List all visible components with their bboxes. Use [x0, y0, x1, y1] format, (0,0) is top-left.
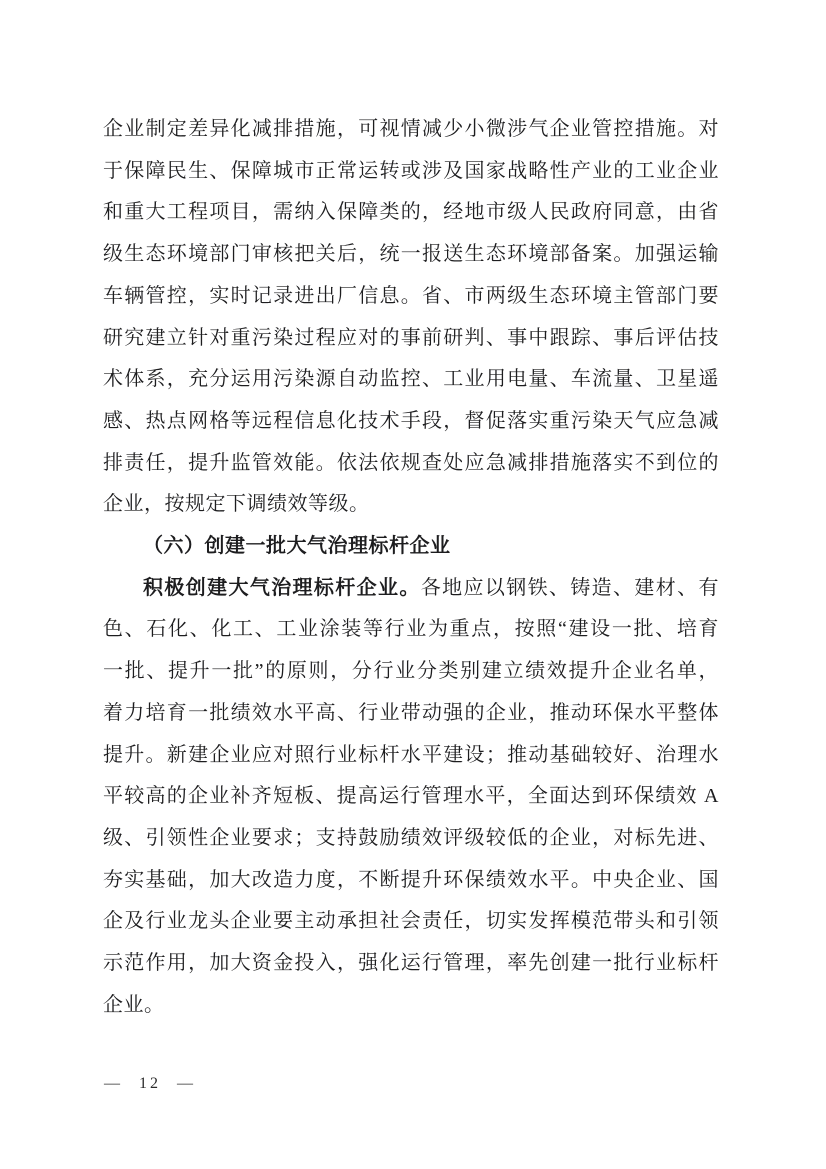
page-footer: — 12 —	[104, 1075, 196, 1093]
document-page: 企业制定差异化减排措施，可视情减少小微涉气企业管控措施。对于保障民生、保障城市正…	[0, 0, 826, 1169]
text-line: 平较高的企业补齐短板、提高运行管理水平，全面达到环保绩效 A	[103, 776, 719, 818]
lead-rest-text: 各地应以钢铁、铸造、建材、有	[421, 577, 719, 599]
paragraph-benchmark-enterprises: 色、石化、化工、工业涂装等行业为重点，按照“建设一批、培育一批、提升一批”的原则…	[103, 609, 719, 1026]
text-line: 着力培育一批绩效水平高、行业带动强的企业，推动环保水平整体	[103, 693, 719, 735]
section-heading: （六）创建一批大气治理标杆企业	[103, 526, 719, 568]
text-line: 企业，按规定下调绩效等级。	[103, 484, 719, 526]
text-line: 和重大工程项目，需纳入保障类的，经地市级人民政府同意，由省	[103, 192, 719, 234]
text-line: 色、石化、化工、工业涂装等行业为重点，按照“建设一批、培育	[103, 609, 719, 651]
text-line: 级、引领性企业要求；支持鼓励绩效评级较低的企业，对标先进、	[103, 818, 719, 860]
text-line: 企及行业龙头企业要主动承担社会责任，切实发挥模范带头和引领	[103, 901, 719, 943]
text-line: 企业制定差异化减排措施，可视情减少小微涉气企业管控措施。对	[103, 109, 719, 151]
text-line: 排责任，提升监管效能。依法依规查处应急减排措施落实不到位的	[103, 443, 719, 485]
text-line: 研究建立针对重污染过程应对的事前研判、事中跟踪、事后评估技	[103, 318, 719, 360]
text-line: 于保障民生、保障城市正常运转或涉及国家战略性产业的工业企业	[103, 151, 719, 193]
text-line: 车辆管控，实时记录进出厂信息。省、市两级生态环境主管部门要	[103, 276, 719, 318]
paragraph-lead-line: 积极创建大气治理标杆企业。各地应以钢铁、铸造、建材、有	[103, 568, 719, 610]
page-number-text: — 12 —	[104, 1075, 196, 1092]
paragraph-emergency-reduction: 企业制定差异化减排措施，可视情减少小微涉气企业管控措施。对于保障民生、保障城市正…	[103, 109, 719, 526]
text-line: 一批、提升一批”的原则，分行业分类别建立绩效提升企业名单，	[103, 651, 719, 693]
lead-bold-sentence: 积极创建大气治理标杆企业。	[143, 577, 421, 599]
text-line: 提升。新建企业应对照行业标杆水平建设；推动基础较好、治理水	[103, 735, 719, 777]
document-body: 企业制定差异化减排措施，可视情减少小微涉气企业管控措施。对于保障民生、保障城市正…	[103, 109, 719, 1026]
text-line: 术体系，充分运用污染源自动监控、工业用电量、车流量、卫星遥	[103, 359, 719, 401]
text-line: 级生态环境部门审核把关后，统一报送生态环境部备案。加强运输	[103, 234, 719, 276]
text-line: 夯实基础，加大改造力度，不断提升环保绩效水平。中央企业、国	[103, 860, 719, 902]
text-line: 示范作用，加大资金投入，强化运行管理，率先创建一批行业标杆	[103, 943, 719, 985]
text-line: 感、热点网格等远程信息化技术手段，督促落实重污染天气应急减	[103, 401, 719, 443]
text-line: 企业。	[103, 985, 719, 1027]
